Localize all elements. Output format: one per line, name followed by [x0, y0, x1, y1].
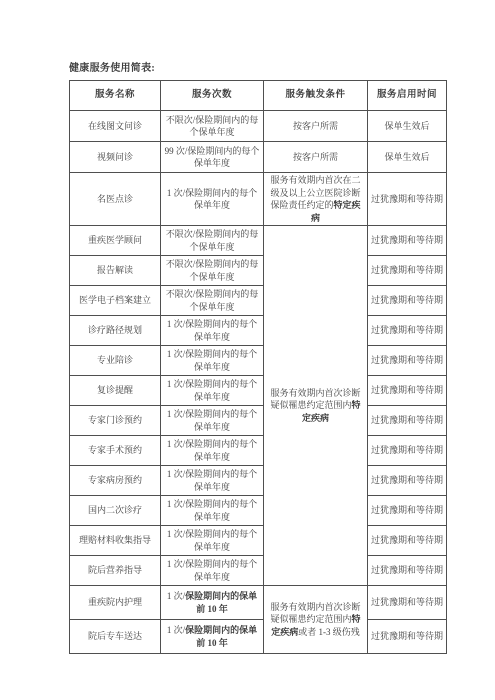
table-row: 院后营养指导 1 次/保险期间内的每个保单年度 过犹豫期和等待期	[70, 556, 447, 586]
start-time-cell: 过犹豫期和等待期	[368, 376, 447, 406]
start-time-cell: 过犹豫期和等待期	[368, 620, 447, 654]
service-count-cell: 1 次/保险期间内的每个保单年度	[161, 346, 264, 376]
service-count-cell: 不限次/保险期间内的每个保单年度	[161, 256, 264, 286]
service-count-cell: 1 次/保险期间内的保单前 10 年	[161, 586, 264, 620]
table-row: 专业陪诊 1 次/保险期间内的每个保单年度 过犹豫期和等待期	[70, 346, 447, 376]
text-segment: 服务有效期内首次诊断疑似罹患约定范围内	[270, 602, 360, 625]
trigger-cell-merged: 服务有效期内首次诊断疑似罹患约定范围内特定疾病	[264, 226, 368, 586]
service-count-cell: 不限次/保险期间内的每个保单年度	[161, 111, 264, 142]
count-bold-segment: 保险期间内的保单前 10 年	[185, 625, 257, 648]
text-segment: 1 次/	[167, 591, 185, 601]
table-row: 重疾院内护理 1 次/保险期间内的保单前 10 年 服务有效期内首次诊断疑似罹患…	[70, 586, 447, 620]
trigger-cell-merged: 服务有效期内首次诊断疑似罹患约定范围内特定疾病或者 1-3 级伤残	[264, 586, 368, 654]
table-row: 专家病房预约 1 次/保险期间内的每个保单年度 过犹豫期和等待期	[70, 466, 447, 496]
header-service-count: 服务次数	[161, 81, 264, 111]
trigger-cell: 服务有效期内首次在二级及以上公立医院诊断保险责任约定的特定疾病	[264, 173, 368, 226]
header-trigger-condition: 服务触发条件	[264, 81, 368, 111]
table-row: 在线图文问诊 不限次/保险期间内的每个保单年度 按客户所需 保单生效后	[70, 111, 447, 142]
header-start-time: 服务启用时间	[368, 81, 447, 111]
document-page: 健康服务使用简表: 服务名称 服务次数 服务触发条件 服务启用时间 在线图文问诊…	[69, 59, 447, 654]
start-time-cell: 过犹豫期和等待期	[368, 173, 447, 226]
service-count-cell: 1 次/保险期间内的保单前 10 年	[161, 620, 264, 654]
table-row: 报告解读 不限次/保险期间内的每个保单年度 过犹豫期和等待期	[70, 256, 447, 286]
service-count-cell: 99 次/保险期间内的每个保单年度	[161, 142, 264, 173]
table-row: 专家手术预约 1 次/保险期间内的每个保单年度 过犹豫期和等待期	[70, 436, 447, 466]
text-segment: 1 次/	[167, 625, 185, 635]
table-row: 院后专车送达 1 次/保险期间内的保单前 10 年 过犹豫期和等待期	[70, 620, 447, 654]
health-service-table: 服务名称 服务次数 服务触发条件 服务启用时间 在线图文问诊 不限次/保险期间内…	[69, 80, 447, 654]
service-name-cell: 重疾院内护理	[70, 586, 161, 620]
trigger-cell: 按客户所需	[264, 142, 368, 173]
service-name-cell: 专家病房预约	[70, 466, 161, 496]
service-count-cell: 1 次/保险期间内的每个保单年度	[161, 173, 264, 226]
page-title: 健康服务使用简表:	[69, 59, 447, 74]
start-time-cell: 过犹豫期和等待期	[368, 226, 447, 256]
service-name-cell: 复诊提醒	[70, 376, 161, 406]
trigger-cell: 按客户所需	[264, 111, 368, 142]
table-row: 国内二次诊疗 1 次/保险期间内的每个保单年度 过犹豫期和等待期	[70, 496, 447, 526]
service-name-cell: 理赔材料收集指导	[70, 526, 161, 556]
start-time-cell: 过犹豫期和等待期	[368, 286, 447, 316]
header-row: 服务名称 服务次数 服务触发条件 服务启用时间	[70, 81, 447, 111]
service-count-cell: 1 次/保险期间内的每个保单年度	[161, 436, 264, 466]
table-row: 专家门诊预约 1 次/保险期间内的每个保单年度 过犹豫期和等待期	[70, 406, 447, 436]
table-row: 医学电子档案建立 不限次/保险期间内的每个保单年度 过犹豫期和等待期	[70, 286, 447, 316]
start-time-cell: 过犹豫期和等待期	[368, 406, 447, 436]
start-time-cell: 过犹豫期和等待期	[368, 526, 447, 556]
service-name-cell: 报告解读	[70, 256, 161, 286]
service-count-cell: 1 次/保险期间内的每个保单年度	[161, 376, 264, 406]
count-bold-segment: 保险期间内的保单前 10 年	[185, 591, 257, 614]
service-name-cell: 院后营养指导	[70, 556, 161, 586]
text-segment: 服务有效期内首次诊断疑似罹患约定范围内	[270, 388, 360, 411]
service-count-cell: 1 次/保险期间内的每个保单年度	[161, 496, 264, 526]
table-row: 重疾医学顾问 不限次/保险期间内的每个保单年度 服务有效期内首次诊断疑似罹患约定…	[70, 226, 447, 256]
table-row: 名医点诊 1 次/保险期间内的每个保单年度 服务有效期内首次在二级及以上公立医院…	[70, 173, 447, 226]
service-count-cell: 1 次/保险期间内的每个保单年度	[161, 406, 264, 436]
service-count-cell: 不限次/保险期间内的每个保单年度	[161, 286, 264, 316]
service-count-cell: 1 次/保险期间内的每个保单年度	[161, 556, 264, 586]
start-time-cell: 过犹豫期和等待期	[368, 556, 447, 586]
table-row: 诊疗路径规划 1 次/保险期间内的每个保单年度 过犹豫期和等待期	[70, 316, 447, 346]
service-count-cell: 1 次/保险期间内的每个保单年度	[161, 316, 264, 346]
table-row: 视频问诊 99 次/保险期间内的每个保单年度 按客户所需 保单生效后	[70, 142, 447, 173]
start-time-cell: 过犹豫期和等待期	[368, 346, 447, 376]
service-name-cell: 在线图文问诊	[70, 111, 161, 142]
service-count-cell: 不限次/保险期间内的每个保单年度	[161, 226, 264, 256]
service-name-cell: 名医点诊	[70, 173, 161, 226]
service-name-cell: 重疾医学顾问	[70, 226, 161, 256]
start-time-cell: 过犹豫期和等待期	[368, 466, 447, 496]
table-row: 复诊提醒 1 次/保险期间内的每个保单年度 过犹豫期和等待期	[70, 376, 447, 406]
service-name-cell: 医学电子档案建立	[70, 286, 161, 316]
service-name-cell: 专家手术预约	[70, 436, 161, 466]
start-time-cell: 过犹豫期和等待期	[368, 256, 447, 286]
start-time-cell: 保单生效后	[368, 142, 447, 173]
service-name-cell: 国内二次诊疗	[70, 496, 161, 526]
table-row: 理赔材料收集指导 1 次/保险期间内的每个保单年度 过犹豫期和等待期	[70, 526, 447, 556]
service-name-cell: 专业陪诊	[70, 346, 161, 376]
service-count-cell: 1 次/保险期间内的每个保单年度	[161, 526, 264, 556]
service-name-cell: 院后专车送达	[70, 620, 161, 654]
start-time-cell: 过犹豫期和等待期	[368, 586, 447, 620]
service-name-cell: 专家门诊预约	[70, 406, 161, 436]
start-time-cell: 过犹豫期和等待期	[368, 496, 447, 526]
header-service-name: 服务名称	[70, 81, 161, 111]
service-name-cell: 诊疗路径规划	[70, 316, 161, 346]
text-segment: 或者 1-3 级伤残	[298, 627, 360, 637]
service-count-cell: 1 次/保险期间内的每个保单年度	[161, 466, 264, 496]
start-time-cell: 保单生效后	[368, 111, 447, 142]
service-name-cell: 视频问诊	[70, 142, 161, 173]
start-time-cell: 过犹豫期和等待期	[368, 316, 447, 346]
start-time-cell: 过犹豫期和等待期	[368, 436, 447, 466]
